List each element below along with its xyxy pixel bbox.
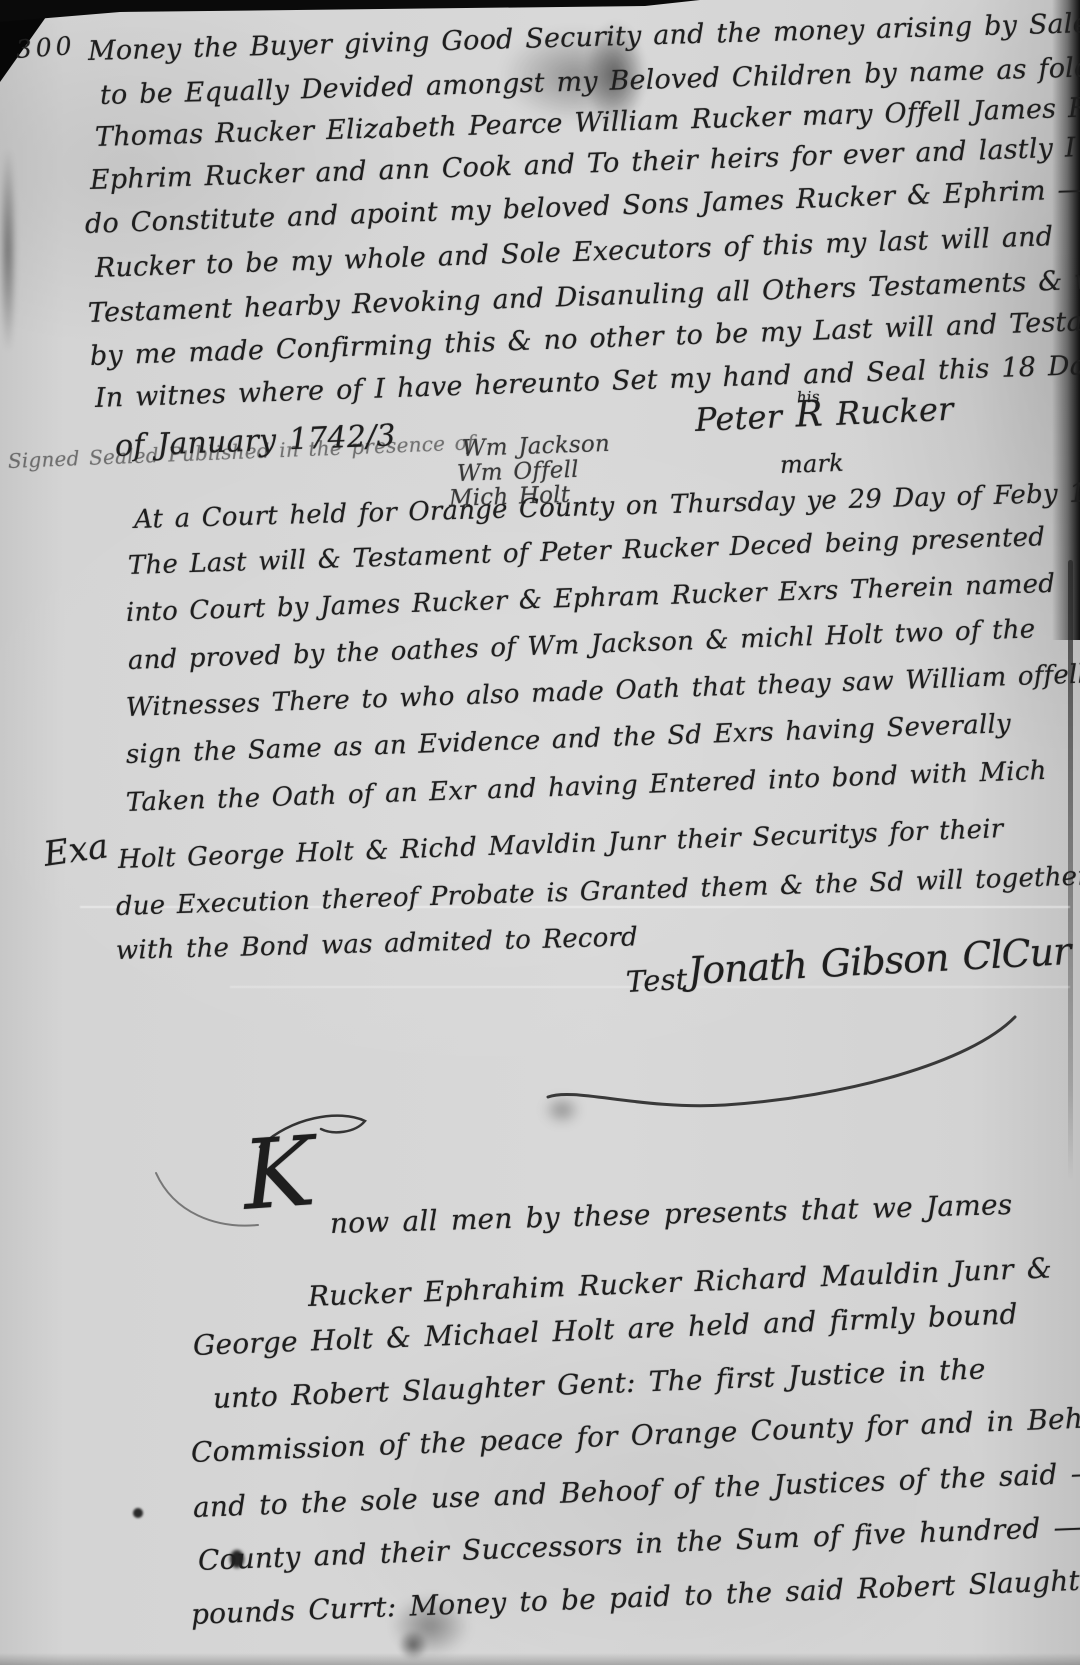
scan-edge-shadow-top bbox=[0, 0, 710, 24]
ink-spot bbox=[398, 1630, 428, 1660]
signature-first-name: Peter bbox=[694, 397, 783, 439]
bond-line: now all men by these presents that we Ja… bbox=[330, 1189, 1013, 1240]
bond-line: and to the sole use and Behoof of the Ju… bbox=[192, 1457, 1080, 1524]
bond-drop-cap: K bbox=[240, 1123, 318, 1224]
court-line: due Execution thereof Probate is Granted… bbox=[116, 862, 1080, 922]
test-label: Test bbox=[625, 963, 688, 1000]
court-line: Taken the Oath of an Exr and having Ente… bbox=[125, 757, 1047, 819]
ink-dot bbox=[133, 1508, 143, 1518]
court-line: Holt George Holt & Richd Mavldin Junr th… bbox=[117, 815, 1003, 876]
scan-edge-shadow-bottom bbox=[0, 1653, 1080, 1665]
edge-smudge bbox=[0, 150, 16, 350]
scanned-will-document-page: 300 Money the Buyer giving Good Security… bbox=[0, 0, 1080, 1665]
signature-mark-initial: hisR bbox=[795, 392, 824, 426]
court-line: with the Bond was admited to Record bbox=[116, 923, 639, 967]
page-number: 300 bbox=[15, 32, 77, 65]
bond-line: pounds Currt: Money to be paid to the sa… bbox=[190, 1564, 1080, 1631]
bond-line: unto Robert Slaughter Gent: The first Ju… bbox=[212, 1353, 986, 1415]
signature-underline-flourish bbox=[540, 1005, 1030, 1120]
signature-surname: Rucker bbox=[835, 390, 954, 433]
bond-line: County and their Successors in the Sum o… bbox=[197, 1511, 1080, 1577]
clerk-signature: Jonath Gibson ClCur bbox=[687, 930, 1072, 994]
bond-line: Commission of the peace for Orange Count… bbox=[190, 1401, 1080, 1469]
margin-note-exa: Exa bbox=[41, 827, 111, 875]
signature-mark-label: mark bbox=[780, 450, 845, 480]
signature-initial: R bbox=[795, 403, 823, 426]
testator-signature: Peter hisR Rucker bbox=[694, 387, 954, 439]
